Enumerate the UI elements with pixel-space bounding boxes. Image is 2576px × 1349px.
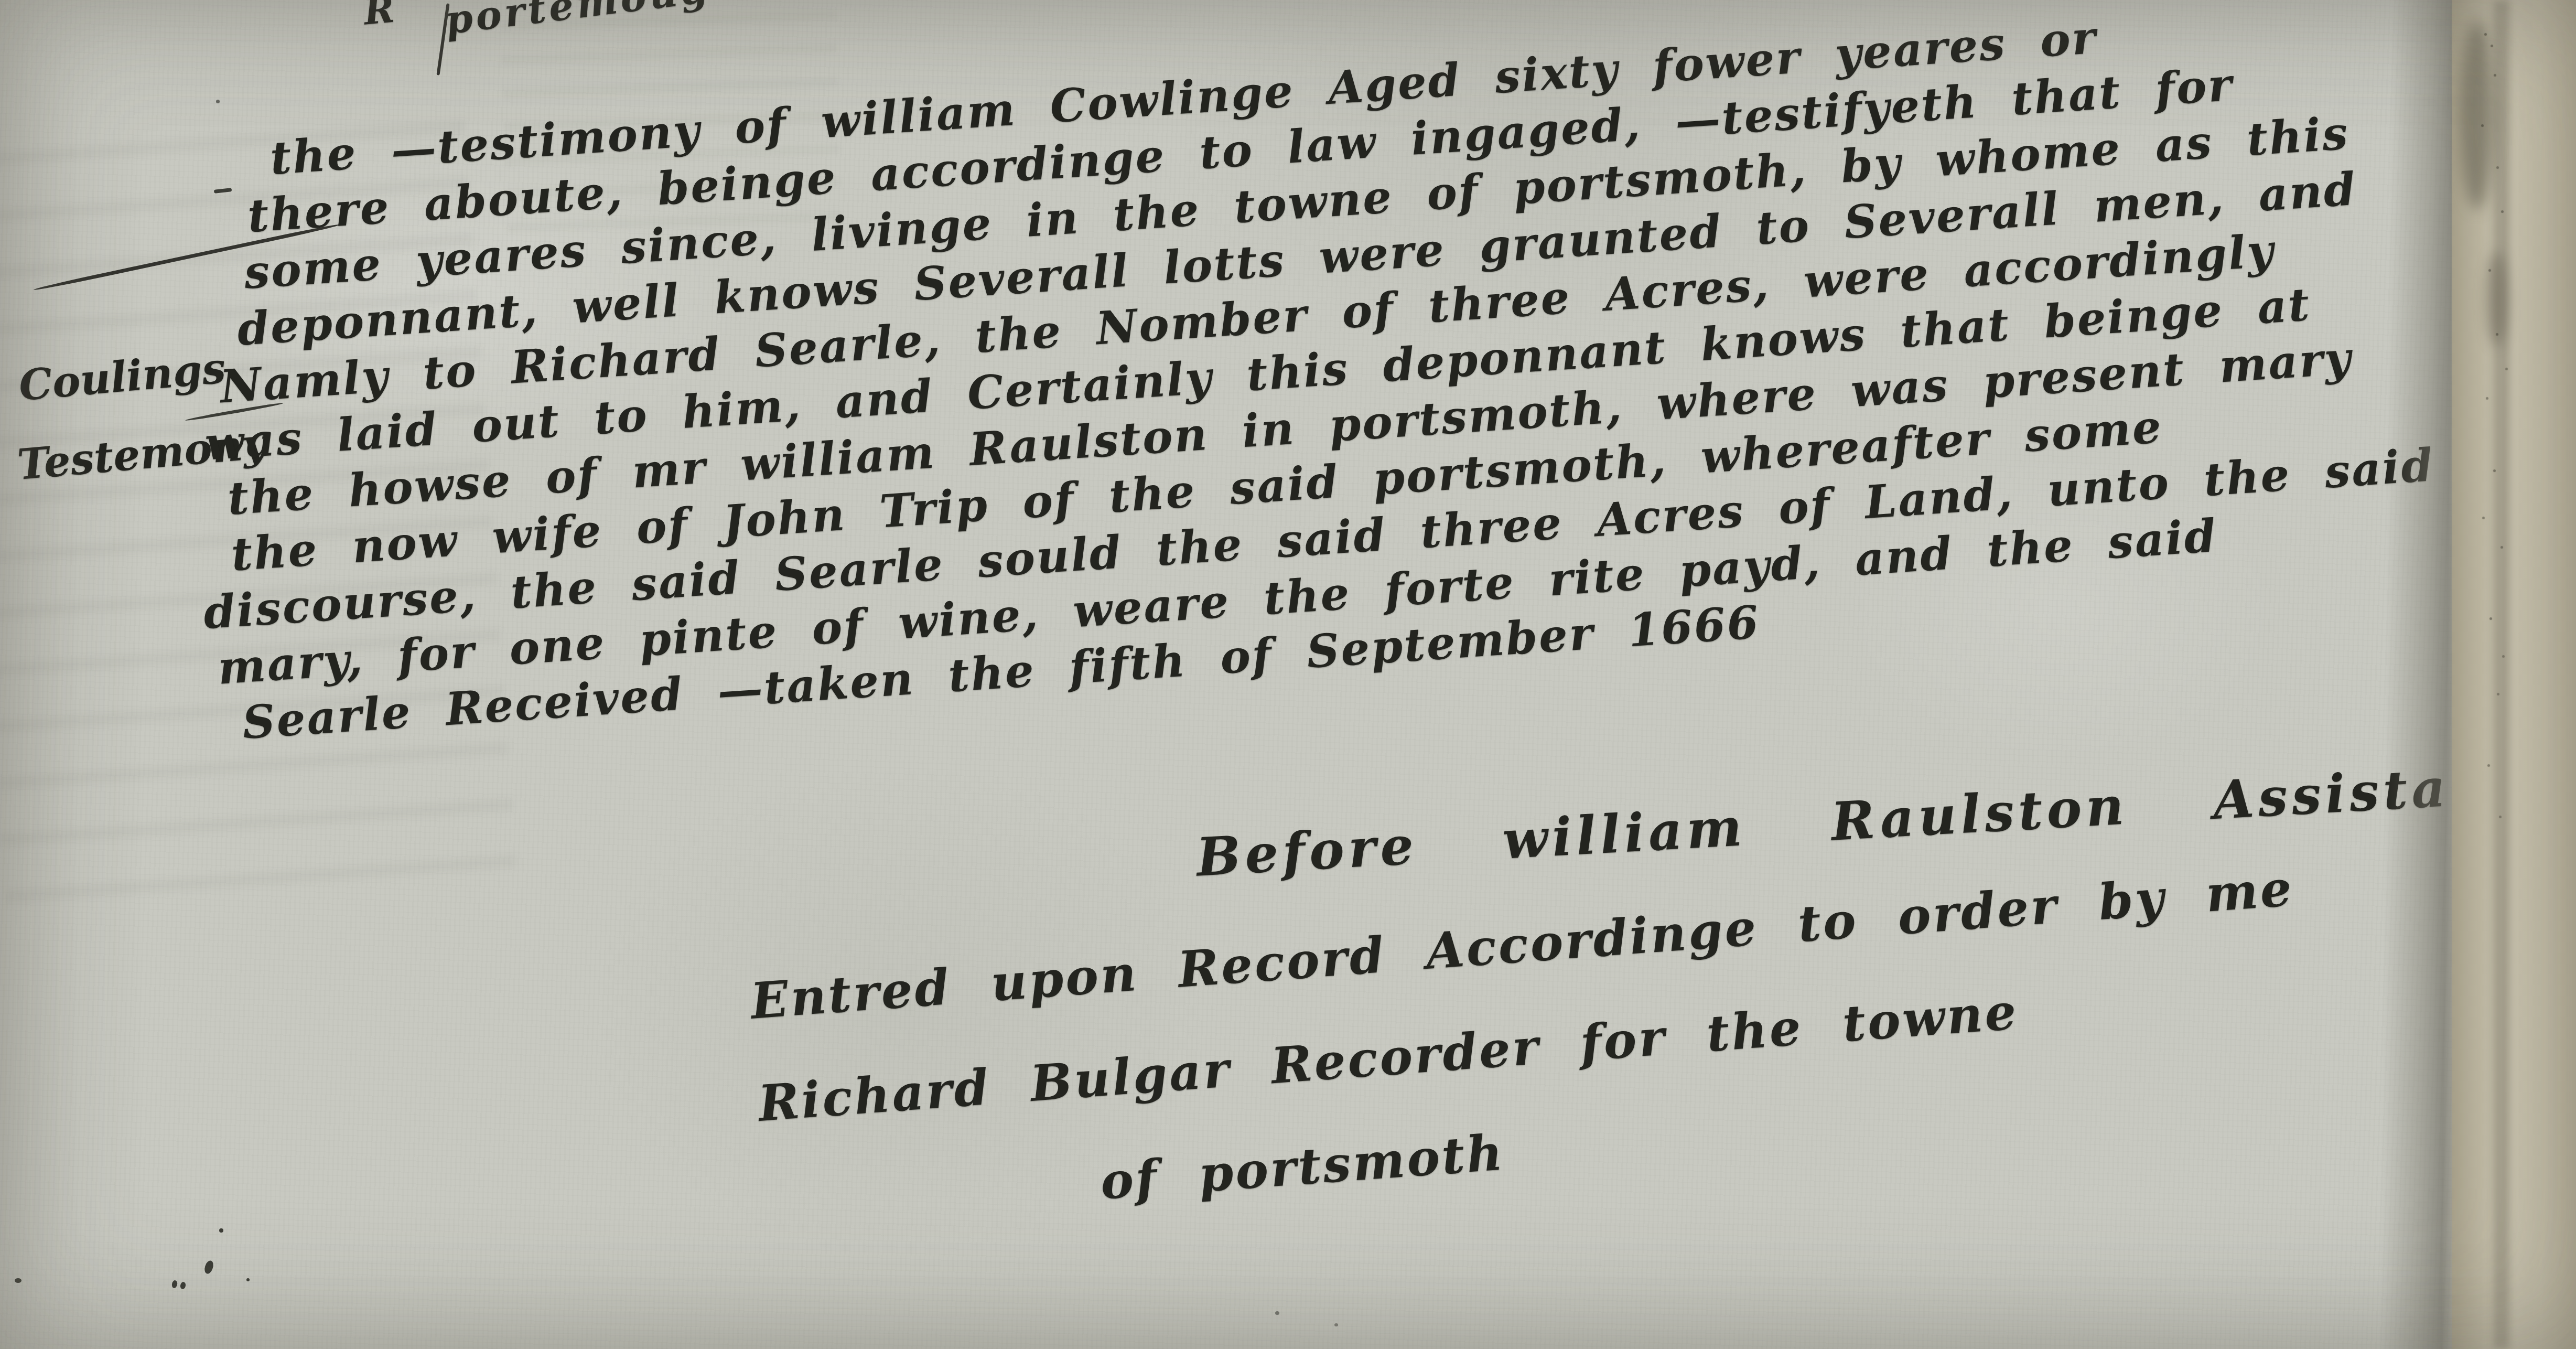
ink-speck	[171, 1280, 178, 1289]
ink-speck	[219, 1228, 223, 1233]
ink-speck	[216, 100, 220, 103]
ink-speck	[203, 1259, 214, 1275]
manuscript-page: R portemoug Coulings Testemony the —test…	[0, 0, 2576, 1349]
page-edge-shadow	[2379, 0, 2464, 1349]
ink-speck	[1334, 1323, 1338, 1326]
ink-speck	[246, 1278, 250, 1281]
ink-speck	[15, 1278, 21, 1283]
fore-edge-smudge	[2460, 21, 2494, 210]
record-entry-block: Entred upon Record Accordinge to order b…	[747, 837, 2312, 1258]
fore-edge-groove	[2494, 0, 2509, 1349]
deposition-text-block: the —testimony of william Cowlinge Aged …	[246, 0, 2443, 748]
fore-edge-smudge	[2486, 252, 2507, 346]
attestation-line: Before william Raulston Assistant	[1195, 753, 2522, 888]
ink-speck	[180, 1281, 187, 1290]
fore-edge-specks	[0, 0, 2, 2]
ink-speck	[1275, 1311, 1279, 1315]
header-ink-mark: R	[362, 0, 396, 33]
